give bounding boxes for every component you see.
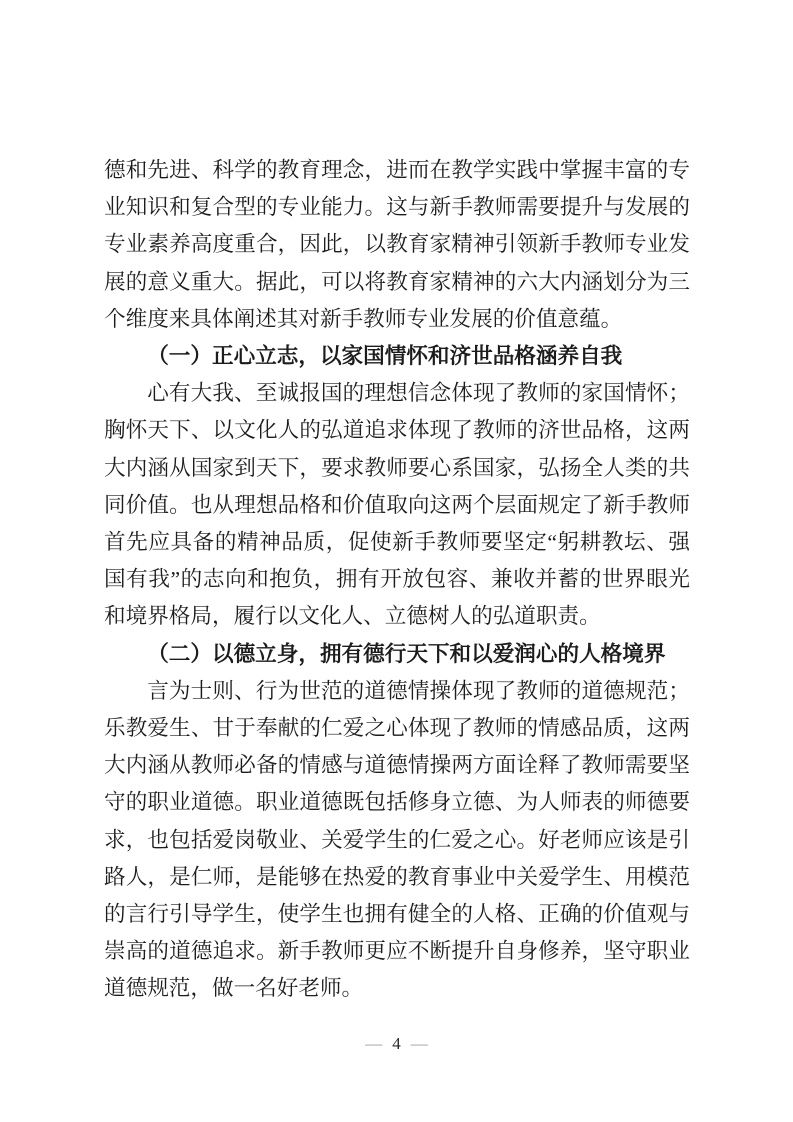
section-heading-1: （一）正心立志，以家国情怀和济世品格涵养自我: [104, 338, 690, 375]
section-heading-2: （二）以德立身，拥有德行天下和以爱润心的人格境界: [104, 636, 690, 673]
footer-left-dash: —: [365, 1034, 382, 1053]
page-footer: —4—: [0, 1033, 793, 1055]
paragraph-continuation: 德和先进、科学的教育理念，进而在教学实践中掌握丰富的专业知识和复合型的专业能力。…: [104, 152, 690, 338]
section-1-body: 心有大我、至诚报国的理想信念体现了教师的家国情怀；胸怀天下、以文化人的弘道追求体…: [104, 375, 690, 635]
footer-right-dash: —: [411, 1034, 428, 1053]
section-2-body: 言为士则、行为世范的道德情操体现了教师的道德规范；乐教爱生、甘于奉献的仁爱之心体…: [104, 673, 690, 1008]
page-number: 4: [392, 1034, 401, 1053]
page-text-block: 德和先进、科学的教育理念，进而在教学实践中掌握丰富的专业知识和复合型的专业能力。…: [104, 152, 690, 1008]
document-page: 德和先进、科学的教育理念，进而在教学实践中掌握丰富的专业知识和复合型的专业能力。…: [0, 0, 793, 1122]
